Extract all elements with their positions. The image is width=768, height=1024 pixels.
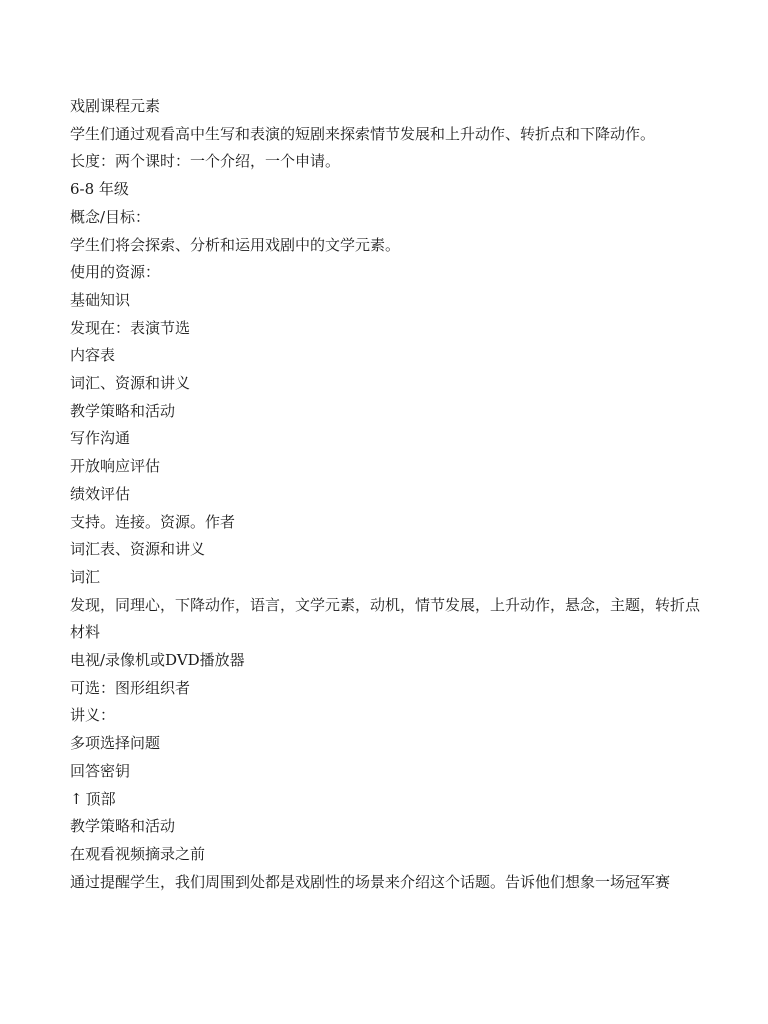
- resources-heading: 使用的资源：: [70, 259, 700, 287]
- document-page: 戏剧课程元素 学生们通过观看高中生写和表演的短剧来探索情节发展和上升动作、转折点…: [70, 93, 700, 896]
- grade-level: 6-8 年级: [70, 176, 700, 204]
- lesson-summary: 学生们通过观看高中生写和表演的短剧来探索情节发展和上升动作、转折点和下降动作。: [70, 121, 700, 149]
- concept-text: 学生们将会探索、分析和运用戏剧中的文学元素。: [70, 232, 700, 260]
- back-to-top-link[interactable]: ↑顶部: [70, 786, 700, 814]
- vocab-list: 发现，同理心，下降动作，语言，文学元素，动机，情节发展，上升动作，悬念，主题，转…: [70, 592, 700, 620]
- toc-link-writing[interactable]: 写作沟通: [70, 425, 700, 453]
- resource-item: 发现在：表演节选: [70, 315, 700, 343]
- vocab-section-heading: 词汇表、资源和讲义: [70, 536, 700, 564]
- handout-link-answer-key[interactable]: 回答密钥: [70, 758, 700, 786]
- back-to-top-label: 顶部: [86, 790, 116, 808]
- toc-heading: 内容表: [70, 342, 700, 370]
- toc-link-performance[interactable]: 绩效评估: [70, 481, 700, 509]
- lesson-length: 长度：两个课时：一个介绍，一个申请。: [70, 148, 700, 176]
- toc-link-open-response[interactable]: 开放响应评估: [70, 453, 700, 481]
- material-item: 电视/录像机或DVD播放器: [70, 647, 700, 675]
- before-viewing-heading: 在观看视频摘录之前: [70, 841, 700, 869]
- toc-link-strategies[interactable]: 教学策略和活动: [70, 398, 700, 426]
- material-item: 可选：图形组织者: [70, 675, 700, 703]
- handouts-heading: 讲义：: [70, 702, 700, 730]
- before-viewing-text: 通过提醒学生，我们周围到处都是戏剧性的场景来介绍这个话题。告诉他们想象一场冠军赛: [70, 869, 700, 897]
- strategies-heading: 教学策略和活动: [70, 813, 700, 841]
- arrow-up-icon: ↑: [70, 786, 83, 814]
- handout-link-questions[interactable]: 多项选择问题: [70, 730, 700, 758]
- toc-link-vocabulary[interactable]: 词汇、资源和讲义: [70, 370, 700, 398]
- materials-heading: 材料: [70, 619, 700, 647]
- resource-item: 基础知识: [70, 287, 700, 315]
- document-title: 戏剧课程元素: [70, 93, 700, 121]
- toc-link-support[interactable]: 支持。连接。资源。作者: [70, 509, 700, 537]
- concept-heading: 概念/目标：: [70, 204, 700, 232]
- vocab-heading: 词汇: [70, 564, 700, 592]
